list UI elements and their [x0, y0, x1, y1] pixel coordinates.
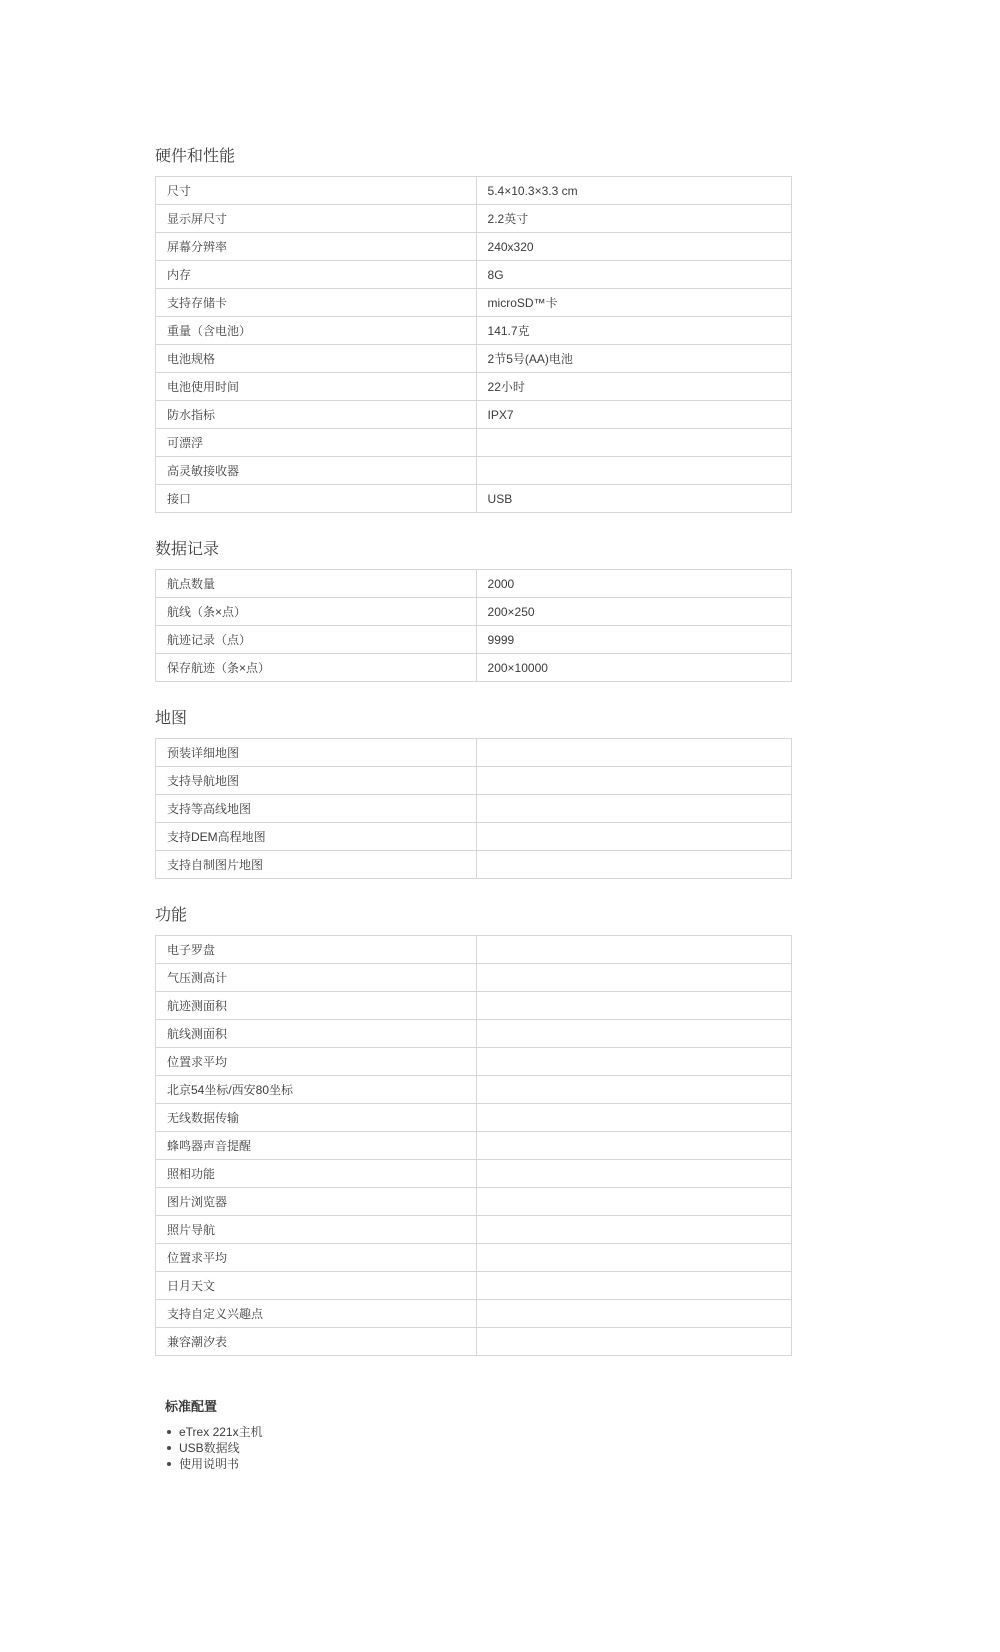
spec-content: 硬件和性能 尺寸 5.4×10.3×3.3 cm 显示屏尺寸 2.2英寸 屏幕分…	[155, 0, 792, 1472]
spec-label: 重量（含电池）	[156, 317, 477, 345]
spec-section: 功能 电子罗盘 气压测高计 航迹测面积 航线测面积 位置求平均 北京54坐标/西…	[155, 905, 792, 1356]
spec-label: 气压测高计	[156, 964, 477, 992]
spec-value	[476, 739, 791, 767]
spec-row: 气压测高计	[156, 964, 792, 992]
spec-label: 高灵敏接收器	[156, 457, 477, 485]
spec-label: 显示屏尺寸	[156, 205, 477, 233]
spec-value	[476, 1300, 791, 1328]
spec-sections: 硬件和性能 尺寸 5.4×10.3×3.3 cm 显示屏尺寸 2.2英寸 屏幕分…	[155, 146, 792, 1356]
spec-value	[476, 1104, 791, 1132]
spec-label: 航线测面积	[156, 1020, 477, 1048]
spec-row: 可漂浮	[156, 429, 792, 457]
spec-section: 地图 预装详细地图 支持导航地图 支持等高线地图 支持DEM高程地图 支持自制图…	[155, 708, 792, 879]
spec-row: 照相功能	[156, 1160, 792, 1188]
spec-value	[476, 429, 791, 457]
spec-row: 防水指标 IPX7	[156, 401, 792, 429]
spec-row: 照片导航	[156, 1216, 792, 1244]
spec-row: 电池使用时间 22小时	[156, 373, 792, 401]
spec-value: 5.4×10.3×3.3 cm	[476, 177, 791, 205]
spec-value	[476, 1216, 791, 1244]
spec-value: 200×10000	[476, 654, 791, 682]
product-spec-page: 硬件和性能 尺寸 5.4×10.3×3.3 cm 显示屏尺寸 2.2英寸 屏幕分…	[0, 0, 1000, 1472]
spec-label: 图片浏览器	[156, 1188, 477, 1216]
spec-label: 北京54坐标/西安80坐标	[156, 1076, 477, 1104]
standard-config-item: 使用说明书	[165, 1456, 792, 1472]
standard-config-title: 标准配置	[165, 1398, 792, 1416]
spec-row: 航迹记录（点） 9999	[156, 626, 792, 654]
spec-table: 尺寸 5.4×10.3×3.3 cm 显示屏尺寸 2.2英寸 屏幕分辨率 240…	[155, 176, 792, 513]
spec-label: 支持自制图片地图	[156, 851, 477, 879]
spec-row: 航迹测面积	[156, 992, 792, 1020]
config-item-label: 使用说明书	[179, 1457, 239, 1471]
spec-label: 日月天文	[156, 1272, 477, 1300]
standard-config-item: USB数据线	[165, 1440, 792, 1456]
spec-value	[476, 457, 791, 485]
spec-label: 电子罗盘	[156, 936, 477, 964]
spec-value	[476, 1076, 791, 1104]
spec-row: 高灵敏接收器	[156, 457, 792, 485]
spec-label: 支持DEM高程地图	[156, 823, 477, 851]
spec-value	[476, 795, 791, 823]
bullet-icon	[167, 1446, 171, 1450]
spec-table: 预装详细地图 支持导航地图 支持等高线地图 支持DEM高程地图 支持自制图片地图	[155, 738, 792, 879]
spec-label: 屏幕分辨率	[156, 233, 477, 261]
spec-row: 支持自制图片地图	[156, 851, 792, 879]
spec-label: 保存航迹（条×点）	[156, 654, 477, 682]
spec-label: 位置求平均	[156, 1048, 477, 1076]
spec-table: 航点数量 2000 航线（条×点） 200×250 航迹记录（点） 9999 保…	[155, 569, 792, 682]
spec-value: 9999	[476, 626, 791, 654]
spec-row: 屏幕分辨率 240x320	[156, 233, 792, 261]
spec-label: 支持存储卡	[156, 289, 477, 317]
spec-label: 预装详细地图	[156, 739, 477, 767]
spec-value	[476, 936, 791, 964]
spec-row: 航线测面积	[156, 1020, 792, 1048]
spec-row: 蜂鸣器声音提醒	[156, 1132, 792, 1160]
spec-value	[476, 992, 791, 1020]
spec-value	[476, 1020, 791, 1048]
spec-row: 航点数量 2000	[156, 570, 792, 598]
spec-row: 重量（含电池） 141.7克	[156, 317, 792, 345]
section-title: 硬件和性能	[155, 146, 792, 168]
spec-label: 位置求平均	[156, 1244, 477, 1272]
spec-label: 蜂鸣器声音提醒	[156, 1132, 477, 1160]
spec-row: 预装详细地图	[156, 739, 792, 767]
config-item-label: eTrex 221x主机	[179, 1425, 263, 1439]
spec-row: 显示屏尺寸 2.2英寸	[156, 205, 792, 233]
spec-label: 支持导航地图	[156, 767, 477, 795]
spec-label: 航迹记录（点）	[156, 626, 477, 654]
spec-value	[476, 1160, 791, 1188]
spec-row: 支持自定义兴趣点	[156, 1300, 792, 1328]
spec-table: 电子罗盘 气压测高计 航迹测面积 航线测面积 位置求平均 北京54坐标/西安80…	[155, 935, 792, 1356]
spec-value	[476, 1328, 791, 1356]
spec-row: 支持存储卡 microSD™卡	[156, 289, 792, 317]
bullet-icon	[167, 1462, 171, 1466]
spec-row: 位置求平均	[156, 1048, 792, 1076]
spec-label: 航线（条×点）	[156, 598, 477, 626]
spec-row: 电池规格 2节5号(AA)电池	[156, 345, 792, 373]
spec-row: 支持DEM高程地图	[156, 823, 792, 851]
spec-value: 141.7克	[476, 317, 791, 345]
spec-value: 22小时	[476, 373, 791, 401]
spec-row: 内存 8G	[156, 261, 792, 289]
section-title: 地图	[155, 708, 792, 730]
spec-value: 2000	[476, 570, 791, 598]
spec-row: 航线（条×点） 200×250	[156, 598, 792, 626]
spec-row: 接口 USB	[156, 485, 792, 513]
spec-row: 支持等高线地图	[156, 795, 792, 823]
spec-label: 航点数量	[156, 570, 477, 598]
spec-row: 支持导航地图	[156, 767, 792, 795]
spec-label: 内存	[156, 261, 477, 289]
spec-row: 无线数据传输	[156, 1104, 792, 1132]
spec-section: 数据记录 航点数量 2000 航线（条×点） 200×250 航迹记录（点） 9…	[155, 539, 792, 682]
spec-value: 2.2英寸	[476, 205, 791, 233]
spec-label: 尺寸	[156, 177, 477, 205]
spec-value: USB	[476, 485, 791, 513]
spec-row: 北京54坐标/西安80坐标	[156, 1076, 792, 1104]
standard-config-list: eTrex 221x主机 USB数据线 使用说明书	[165, 1424, 792, 1472]
spec-label: 兼容潮汐表	[156, 1328, 477, 1356]
spec-row: 尺寸 5.4×10.3×3.3 cm	[156, 177, 792, 205]
spec-label: 接口	[156, 485, 477, 513]
spec-value: 200×250	[476, 598, 791, 626]
spec-label: 电池使用时间	[156, 373, 477, 401]
spec-row: 日月天文	[156, 1272, 792, 1300]
spec-row: 保存航迹（条×点） 200×10000	[156, 654, 792, 682]
spec-row: 图片浏览器	[156, 1188, 792, 1216]
spec-label: 照片导航	[156, 1216, 477, 1244]
spec-value: 240x320	[476, 233, 791, 261]
spec-value	[476, 1272, 791, 1300]
spec-value: microSD™卡	[476, 289, 791, 317]
spec-label: 支持自定义兴趣点	[156, 1300, 477, 1328]
spec-value	[476, 964, 791, 992]
spec-value	[476, 851, 791, 879]
spec-label: 支持等高线地图	[156, 795, 477, 823]
spec-value: 2节5号(AA)电池	[476, 345, 791, 373]
spec-value	[476, 767, 791, 795]
standard-config-item: eTrex 221x主机	[165, 1424, 792, 1440]
spec-row: 兼容潮汐表	[156, 1328, 792, 1356]
spec-value	[476, 1048, 791, 1076]
spec-value	[476, 1188, 791, 1216]
spec-value	[476, 1132, 791, 1160]
section-title: 功能	[155, 905, 792, 927]
config-item-label: USB数据线	[179, 1441, 240, 1455]
section-title: 数据记录	[155, 539, 792, 561]
spec-label: 防水指标	[156, 401, 477, 429]
bullet-icon	[167, 1430, 171, 1434]
spec-value	[476, 1244, 791, 1272]
spec-label: 可漂浮	[156, 429, 477, 457]
spec-value	[476, 823, 791, 851]
spec-label: 电池规格	[156, 345, 477, 373]
spec-label: 照相功能	[156, 1160, 477, 1188]
standard-config-section: 标准配置 eTrex 221x主机 USB数据线 使用说明书	[165, 1398, 792, 1472]
spec-label: 无线数据传输	[156, 1104, 477, 1132]
spec-value: IPX7	[476, 401, 791, 429]
spec-row: 电子罗盘	[156, 936, 792, 964]
spec-row: 位置求平均	[156, 1244, 792, 1272]
spec-value: 8G	[476, 261, 791, 289]
spec-label: 航迹测面积	[156, 992, 477, 1020]
spec-section: 硬件和性能 尺寸 5.4×10.3×3.3 cm 显示屏尺寸 2.2英寸 屏幕分…	[155, 146, 792, 513]
